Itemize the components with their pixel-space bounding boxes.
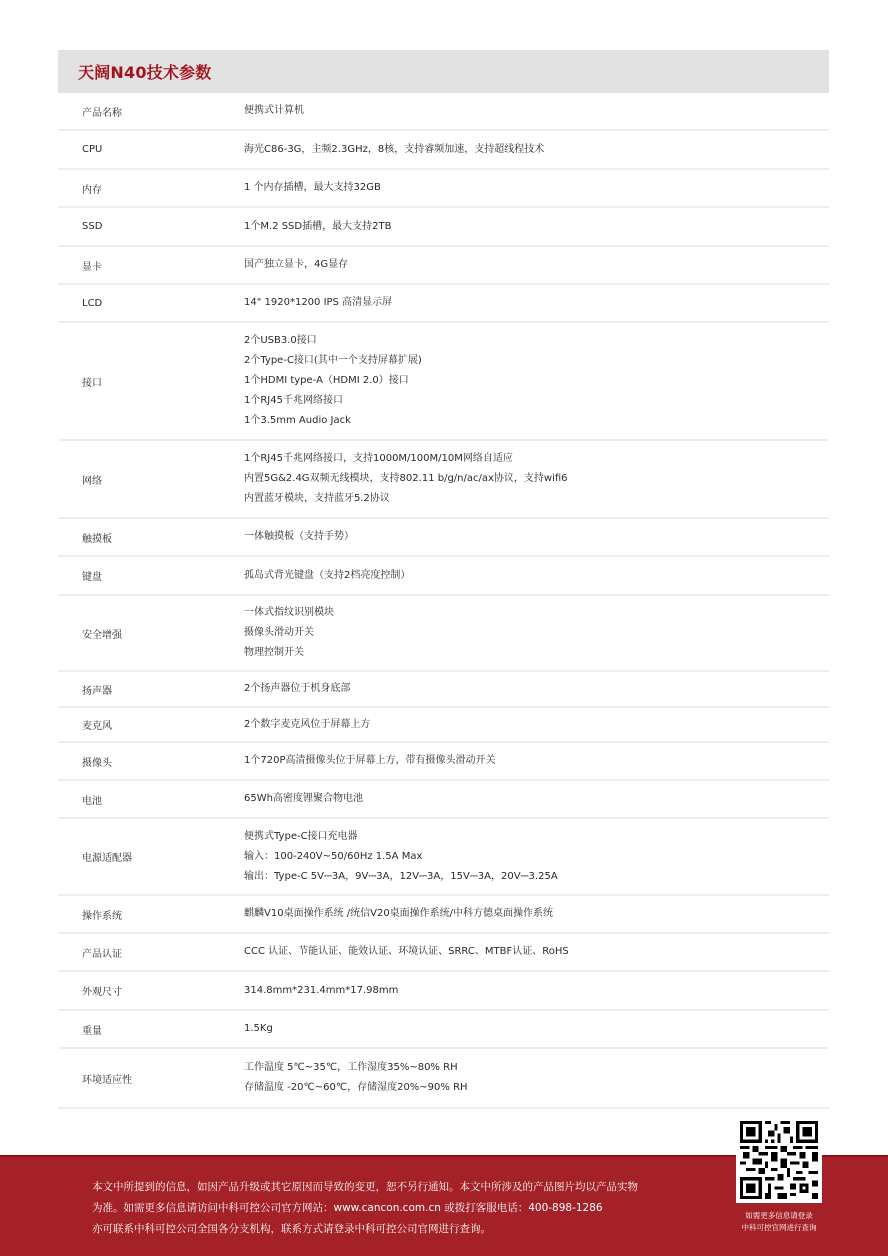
spec-label: 键盘 xyxy=(58,568,244,583)
qr-caption-line: 如需更多信息请登录 xyxy=(734,1210,824,1222)
spec-value: 1个RJ45千兆网络接口，支持1000M/100M/10M网络自适应内置5G&2… xyxy=(244,449,568,509)
spec-label: 产品名称 xyxy=(58,104,244,119)
spec-row: 外观尺寸314.8mm*231.4mm*17.98mm xyxy=(58,972,829,1011)
spec-row: 网络1个RJ45千兆网络接口，支持1000M/100M/10M网络自适应内置5G… xyxy=(58,441,829,519)
spec-row: SSD1个M.2 SSD插槽，最大支持2TB xyxy=(58,208,829,247)
spec-value-line: 输出：Type-C 5V⎓3A，9V⎓3A，12V⎓3A，15V⎓3A，20V⎓… xyxy=(244,867,558,887)
spec-label: 环境适应性 xyxy=(58,1071,244,1086)
spec-value-line: 1个3.5mm Audio Jack xyxy=(244,411,422,431)
spec-label: 外观尺寸 xyxy=(58,983,244,998)
spec-value-line: 一体式指纹识别模块 xyxy=(244,603,334,623)
spec-row: 电池65Wh高密度锂聚合物电池 xyxy=(58,781,829,819)
spec-label: 触摸板 xyxy=(58,530,244,545)
spec-value-line: 内置5G&2.4G双频无线模块，支持802.11 b/g/n/ac/ax协议，支… xyxy=(244,469,568,489)
footer-line: 为准。如需更多信息请访问中科可控公司官方网站：www.cancon.com.cn… xyxy=(92,1198,712,1219)
spec-value-line: 一体触摸板（支持手势） xyxy=(244,527,354,547)
spec-value-line: 2个USB3.0接口 xyxy=(244,331,422,351)
spec-header: 天阔N40技术参数 xyxy=(58,50,829,93)
spec-row: 重量1.5Kg xyxy=(58,1011,829,1049)
spec-row: 接口2个USB3.0接口2个Type-C接口(其中一个支持屏幕扩展)1个HDMI… xyxy=(58,323,829,441)
spec-value-line: 存储温度 -20℃~60℃，存储湿度20%~90% RH xyxy=(244,1078,468,1098)
spec-row: LCD14" 1920*1200 IPS 高清显示屏 xyxy=(58,285,829,323)
spec-value: 国产独立显卡，4G显存 xyxy=(244,255,348,275)
spec-value: 麒麟V10桌面操作系统 /统信V20桌面操作系统/中科方德桌面操作系统 xyxy=(244,904,553,924)
qr-caption: 如需更多信息请登录 中科可控官网进行查询 xyxy=(734,1210,824,1234)
spec-row: 键盘孤岛式背光键盘（支持2档亮度控制） xyxy=(58,557,829,596)
spec-label: 网络 xyxy=(58,472,244,487)
spec-value-line: 1个RJ45千兆网络接口 xyxy=(244,391,422,411)
spec-value-line: 工作温度 5℃~35℃，工作湿度35%~80% RH xyxy=(244,1058,468,1078)
qr-block: 如需更多信息请登录 中科可控官网进行查询 xyxy=(734,1117,824,1234)
spec-value: 65Wh高密度锂聚合物电池 xyxy=(244,789,363,809)
spec-row: 麦克风2个数字麦克风位于屏幕上方 xyxy=(58,708,829,743)
spec-value-line: 输入：100-240V~50/60Hz 1.5A Max xyxy=(244,847,558,867)
spec-value: 1.5Kg xyxy=(244,1019,273,1039)
spec-value-line: 内置蓝牙模块，支持蓝牙5.2协议 xyxy=(244,489,568,509)
spec-value: 1个M.2 SSD插槽，最大支持2TB xyxy=(244,217,391,237)
footer-disclaimer: 本文中所提到的信息，如因产品升级或其它原因而导致的变更，恕不另行通知。本文中所涉… xyxy=(92,1177,712,1240)
spec-label: 电源适配器 xyxy=(58,849,244,864)
spec-label: LCD xyxy=(58,298,244,309)
spec-sheet-page: 天阔N40技术参数 产品名称便携式计算机CPU海光C86-3G，主频2.3GHz… xyxy=(0,0,888,1256)
spec-row: 环境适应性工作温度 5℃~35℃，工作湿度35%~80% RH存储温度 -20℃… xyxy=(58,1049,829,1109)
spec-label: 安全增强 xyxy=(58,626,244,641)
qr-code-icon[interactable] xyxy=(736,1117,822,1203)
spec-row: 显卡国产独立显卡，4G显存 xyxy=(58,247,829,285)
spec-row: 安全增强一体式指纹识别模块摄像头滑动开关物理控制开关 xyxy=(58,596,829,672)
spec-value: 海光C86-3G，主频2.3GHz，8核，支持睿频加速，支持超线程技术 xyxy=(244,140,544,160)
spec-value-line: 便携式Type-C接口充电器 xyxy=(244,827,558,847)
spec-label: 扬声器 xyxy=(58,682,244,697)
spec-value: 14" 1920*1200 IPS 高清显示屏 xyxy=(244,293,392,313)
spec-label: 操作系统 xyxy=(58,907,244,922)
spec-value: 一体触摸板（支持手势） xyxy=(244,527,354,547)
spec-value: 孤岛式背光键盘（支持2档亮度控制） xyxy=(244,566,410,586)
spec-row: 触摸板一体触摸板（支持手势） xyxy=(58,519,829,557)
spec-value-line: 1 个内存插槽，最大支持32GB xyxy=(244,178,381,198)
spec-value-line: 2个Type-C接口(其中一个支持屏幕扩展) xyxy=(244,351,422,371)
spec-value: 1个720P高清摄像头位于屏幕上方，带有摄像头滑动开关 xyxy=(244,751,495,771)
spec-value: 2个数字麦克风位于屏幕上方 xyxy=(244,715,370,735)
spec-label: 摄像头 xyxy=(58,754,244,769)
spec-value: 2个扬声器位于机身底部 xyxy=(244,679,350,699)
spec-value: 1 个内存插槽，最大支持32GB xyxy=(244,178,381,198)
spec-value-line: 海光C86-3G，主频2.3GHz，8核，支持睿频加速，支持超线程技术 xyxy=(244,140,544,160)
spec-value-line: 1个HDMI type-A（HDMI 2.0）接口 xyxy=(244,371,422,391)
spec-row: 产品名称便携式计算机 xyxy=(58,93,829,131)
spec-value-line: 物理控制开关 xyxy=(244,643,334,663)
spec-value-line: 314.8mm*231.4mm*17.98mm xyxy=(244,981,398,1001)
spec-table: 天阔N40技术参数 产品名称便携式计算机CPU海光C86-3G，主频2.3GHz… xyxy=(58,50,829,1109)
spec-value: CCC 认证、节能认证、能效认证、环境认证、SRRC、MTBF认证、RoHS xyxy=(244,942,569,962)
spec-value-line: 2个扬声器位于机身底部 xyxy=(244,679,350,699)
spec-value-line: CCC 认证、节能认证、能效认证、环境认证、SRRC、MTBF认证、RoHS xyxy=(244,942,569,962)
spec-label: 内存 xyxy=(58,181,244,196)
spec-label: 显卡 xyxy=(58,258,244,273)
footer-line: 本文中所提到的信息，如因产品升级或其它原因而导致的变更，恕不另行通知。本文中所涉… xyxy=(92,1177,712,1198)
spec-value-line: 1个720P高清摄像头位于屏幕上方，带有摄像头滑动开关 xyxy=(244,751,495,771)
spec-value-line: 2个数字麦克风位于屏幕上方 xyxy=(244,715,370,735)
spec-row: 摄像头1个720P高清摄像头位于屏幕上方，带有摄像头滑动开关 xyxy=(58,743,829,781)
spec-value-line: 65Wh高密度锂聚合物电池 xyxy=(244,789,363,809)
spec-value-line: 1个RJ45千兆网络接口，支持1000M/100M/10M网络自适应 xyxy=(244,449,568,469)
spec-value: 工作温度 5℃~35℃，工作湿度35%~80% RH存储温度 -20℃~60℃，… xyxy=(244,1058,468,1098)
spec-label: SSD xyxy=(58,221,244,232)
spec-row: 电源适配器便携式Type-C接口充电器输入：100-240V~50/60Hz 1… xyxy=(58,819,829,896)
spec-row: 扬声器2个扬声器位于机身底部 xyxy=(58,672,829,708)
spec-value-line: 摄像头滑动开关 xyxy=(244,623,334,643)
spec-value: 一体式指纹识别模块摄像头滑动开关物理控制开关 xyxy=(244,603,334,663)
spec-value: 314.8mm*231.4mm*17.98mm xyxy=(244,981,398,1001)
spec-title: 天阔N40技术参数 xyxy=(78,60,211,83)
spec-value-line: 14" 1920*1200 IPS 高清显示屏 xyxy=(244,293,392,313)
spec-label: CPU xyxy=(58,144,244,155)
spec-value: 2个USB3.0接口2个Type-C接口(其中一个支持屏幕扩展)1个HDMI t… xyxy=(244,331,422,431)
spec-label: 电池 xyxy=(58,792,244,807)
spec-value-line: 麒麟V10桌面操作系统 /统信V20桌面操作系统/中科方德桌面操作系统 xyxy=(244,904,553,924)
spec-value-line: 孤岛式背光键盘（支持2档亮度控制） xyxy=(244,566,410,586)
spec-value: 便携式计算机 xyxy=(244,101,304,121)
spec-value-line: 1个M.2 SSD插槽，最大支持2TB xyxy=(244,217,391,237)
spec-value-line: 1.5Kg xyxy=(244,1019,273,1039)
spec-label: 产品认证 xyxy=(58,945,244,960)
spec-value-line: 便携式计算机 xyxy=(244,101,304,121)
spec-label: 重量 xyxy=(58,1022,244,1037)
spec-label: 接口 xyxy=(58,374,244,389)
footer-line: 亦可联系中科可控公司全国各分支机构，联系方式请登录中科可控公司官网进行查询。 xyxy=(92,1219,712,1240)
spec-row: 操作系统麒麟V10桌面操作系统 /统信V20桌面操作系统/中科方德桌面操作系统 xyxy=(58,896,829,934)
qr-caption-line: 中科可控官网进行查询 xyxy=(734,1222,824,1234)
spec-value-line: 国产独立显卡，4G显存 xyxy=(244,255,348,275)
spec-label: 麦克风 xyxy=(58,717,244,732)
spec-rows: 产品名称便携式计算机CPU海光C86-3G，主频2.3GHz，8核，支持睿频加速… xyxy=(58,93,829,1109)
spec-row: CPU海光C86-3G，主频2.3GHz，8核，支持睿频加速，支持超线程技术 xyxy=(58,131,829,170)
spec-row: 产品认证CCC 认证、节能认证、能效认证、环境认证、SRRC、MTBF认证、Ro… xyxy=(58,934,829,972)
spec-value: 便携式Type-C接口充电器输入：100-240V~50/60Hz 1.5A M… xyxy=(244,827,558,887)
spec-row: 内存1 个内存插槽，最大支持32GB xyxy=(58,170,829,208)
